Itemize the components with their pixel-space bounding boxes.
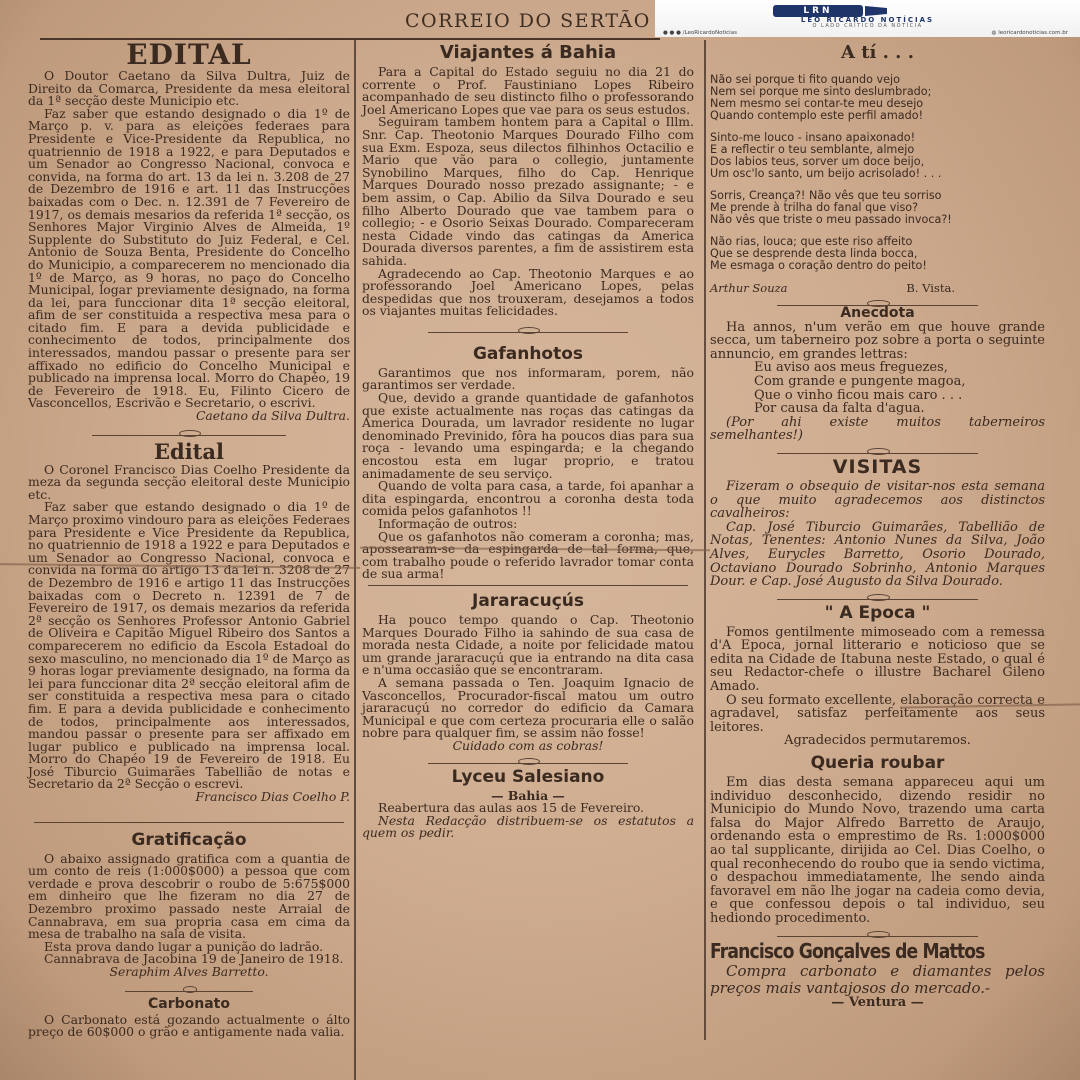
ornament-divider: [125, 983, 254, 992]
article-title: Edital: [28, 440, 350, 464]
article-viajantes: Viajantes á Bahia Para a Capital do Esta…: [362, 42, 694, 318]
ornament-divider: [92, 427, 285, 436]
article-gafanhotos: Gafanhotos Garantimos que nos informaram…: [362, 343, 694, 581]
article-title: EDITAL: [28, 40, 350, 70]
social-handle[interactable]: ● ● ● /LeoRicardoNoticias: [663, 30, 737, 36]
place: B. Vista.: [906, 282, 1045, 295]
newspaper-page: CORREIO DO SERTÃO LRN LEO RICARDO NOTÍCI…: [0, 0, 1080, 1080]
closing-line: Agradecidos permutaremos.: [710, 734, 1045, 748]
article-title: Carbonato: [28, 996, 350, 1012]
poem-line: Me esmaga o coração dentro do peito!: [710, 260, 1045, 272]
paragraph: Em dias desta semana appareceu aqui um i…: [710, 776, 1045, 926]
article-carbonato: Carbonato O Carbonato está gozando actua…: [28, 996, 350, 1039]
paragraph: Seguiram tambem hontem para a Capital o …: [362, 116, 694, 267]
microphone-icon: [865, 6, 887, 16]
article-title: Viajantes á Bahia: [362, 42, 694, 64]
article-visitas: VISITAS Fizeram o obsequio de visitar-no…: [710, 456, 1045, 589]
signature: Francisco Dias Coelho P.: [28, 791, 350, 804]
column-middle: Viajantes á Bahia Para a Capital do Esta…: [362, 40, 694, 840]
verse: Eu aviso aos meus freguezes, Com grande …: [710, 361, 1045, 415]
paragraph: Cap. José Tiburcio Guimarães, Tabellião …: [710, 521, 1045, 589]
ornament-divider: [777, 297, 978, 306]
poem-stanza: Sorris, Creança?! Não vês que teu sorris…: [710, 190, 1045, 226]
paragraph: A semana passada o Ten. Joaquim Ignacio …: [362, 677, 694, 740]
paragraph: Faz saber que estando designado o dia 1º…: [28, 501, 350, 791]
column-divider: [354, 40, 356, 1080]
ornament-divider: [777, 928, 978, 937]
rule-divider: [34, 822, 344, 823]
ad-footer: — Ventura —: [710, 997, 1045, 1010]
article-gratificacao: Gratificação O abaixo assignado gratific…: [28, 829, 350, 979]
article-title: Queria roubar: [710, 752, 1045, 774]
paragraph: Para a Capital do Estado seguiu no dia 2…: [362, 66, 694, 116]
paragraph: O seu formato excellente, elaboração cor…: [710, 694, 1045, 735]
closing-line: Cuidado com as cobras!: [362, 740, 694, 753]
article-poem: A tí . . . Não sei porque ti fito quando…: [710, 42, 1045, 295]
newspaper-title: CORREIO DO SERTÃO: [405, 10, 651, 32]
ornament-divider: [428, 324, 627, 333]
author: Arthur Souza: [710, 282, 788, 295]
article-queria-roubar: Queria roubar Em dias desta semana appar…: [710, 752, 1045, 926]
verse-line: Eu aviso aos meus freguezes,: [710, 361, 1045, 375]
watermark-banner[interactable]: LRN LEO RICARDO NOTÍCIAS O LADO CRÍTICO …: [655, 0, 1080, 37]
social-media-icons: ● ● ●: [663, 30, 683, 36]
article-lyceu: Lyceu Salesiano — Bahia — Reabertura das…: [362, 766, 694, 840]
poem-stanza: Não rias, louca; que este riso affeito Q…: [710, 236, 1045, 272]
article-jararacucus: Jararacuçús Ha pouco tempo quando o Cap.…: [362, 590, 694, 753]
article-epoca: " A Epoca " Fomos gentilmente mimoseado …: [710, 602, 1045, 748]
advertisement: Francisco Gonçalves de Mattos Compra car…: [710, 939, 1045, 1010]
column-left: EDITAL O Doutor Caetano da Silva Dultra,…: [28, 40, 350, 1039]
article-anecdota: Anecdota Ha annos, n'um verão em que hou…: [710, 306, 1045, 443]
paragraph: Que os gafanhotos não comeram a coronha;…: [362, 531, 694, 581]
paragraph: O Doutor Caetano da Silva Dultra, Juiz d…: [28, 70, 350, 108]
paragraph: O abaixo assignado gratifica com a quant…: [28, 853, 350, 941]
column-divider: [704, 40, 706, 1040]
article-title: A tí . . .: [710, 42, 1045, 64]
paragraph: Garantimos que nos informaram, porem, nã…: [362, 367, 694, 392]
paragraph: O Carbonato está gozando actualmente o á…: [28, 1014, 350, 1039]
verse-line: Que o vinho ficou mais caro . . .: [710, 389, 1045, 403]
paragraph: Agradecendo ao Cap. Theotonio Marques e …: [362, 268, 694, 318]
poem-line: Não vês que triste o meu passado invoca?…: [710, 214, 1045, 226]
verse-line: Por causa da falta d'agua.: [710, 402, 1045, 416]
article-title: VISITAS: [710, 456, 1045, 478]
paragraph: Fomos gentilmente mimoseado com a remess…: [710, 626, 1045, 694]
poem-line: Um osc'lo santo, um beijo acrisolado! . …: [710, 168, 1045, 180]
paragraph: Que, devido a grande quantidade de gafan…: [362, 392, 694, 480]
article-title: Gratificação: [28, 829, 350, 851]
paragraph: Quando de volta para casa, a tarde, foi …: [362, 480, 694, 518]
paragraph: Nesta Redacção distribuem-se os estatuto…: [362, 815, 694, 840]
signature: Caetano da Silva Dultra.: [28, 410, 350, 423]
ornament-divider: [777, 445, 978, 454]
paragraph: O Coronel Francisco Dias Coelho Presiden…: [28, 464, 350, 502]
signature: Seraphim Alves Barretto.: [28, 966, 350, 979]
ad-text: Compra carbonato e diamantes pelos preço…: [710, 963, 1045, 997]
paragraph: (Por ahi existe muitos taberneiros semel…: [710, 416, 1045, 443]
article-edital-1: EDITAL O Doutor Caetano da Silva Dultra,…: [28, 40, 350, 423]
paragraph: Ha annos, n'um verão em que houve grande…: [710, 321, 1045, 362]
article-title: Lyceu Salesiano: [362, 766, 694, 788]
column-right: A tí . . . Não sei porque ti fito quando…: [710, 40, 1045, 1009]
poem-stanza: Não sei porque ti fito quando vejo Nem s…: [710, 74, 1045, 122]
article-title: Jararacuçús: [362, 590, 694, 612]
article-edital-2: Edital O Coronel Francisco Dias Coelho P…: [28, 440, 350, 804]
poem-line: Quando contemplo este perfil amado!: [710, 110, 1045, 122]
advertiser-name: Francisco Gonçalves de Mattos: [710, 939, 998, 963]
ornament-divider: [428, 755, 627, 764]
paragraph: Ha pouco tempo quando o Cap. Theotonio M…: [362, 614, 694, 677]
article-title: " A Epoca ": [710, 602, 1045, 624]
poem-stanza: Sinto-me louco - insano apaixonado! E a …: [710, 132, 1045, 180]
ornament-divider: [777, 591, 978, 600]
article-title: Gafanhotos: [362, 343, 694, 365]
watermark-tagline: O LADO CRÍTICO DA NOTÍCIA: [655, 24, 1080, 29]
verse-line: Com grande e pungente magoa,: [710, 375, 1045, 389]
website-link[interactable]: ◍ leoricardonoticias.com.br: [992, 30, 1068, 36]
paragraph: Faz saber que estando designado o dia 1º…: [28, 108, 350, 410]
paragraph: Fizeram o obsequio de visitar-nos esta s…: [710, 480, 1045, 521]
article-title: Anecdota: [710, 306, 1045, 321]
poem-signature: Arthur Souza B. Vista.: [710, 282, 1045, 295]
masthead: CORREIO DO SERTÃO: [40, 8, 660, 40]
rule-divider: [368, 585, 688, 586]
